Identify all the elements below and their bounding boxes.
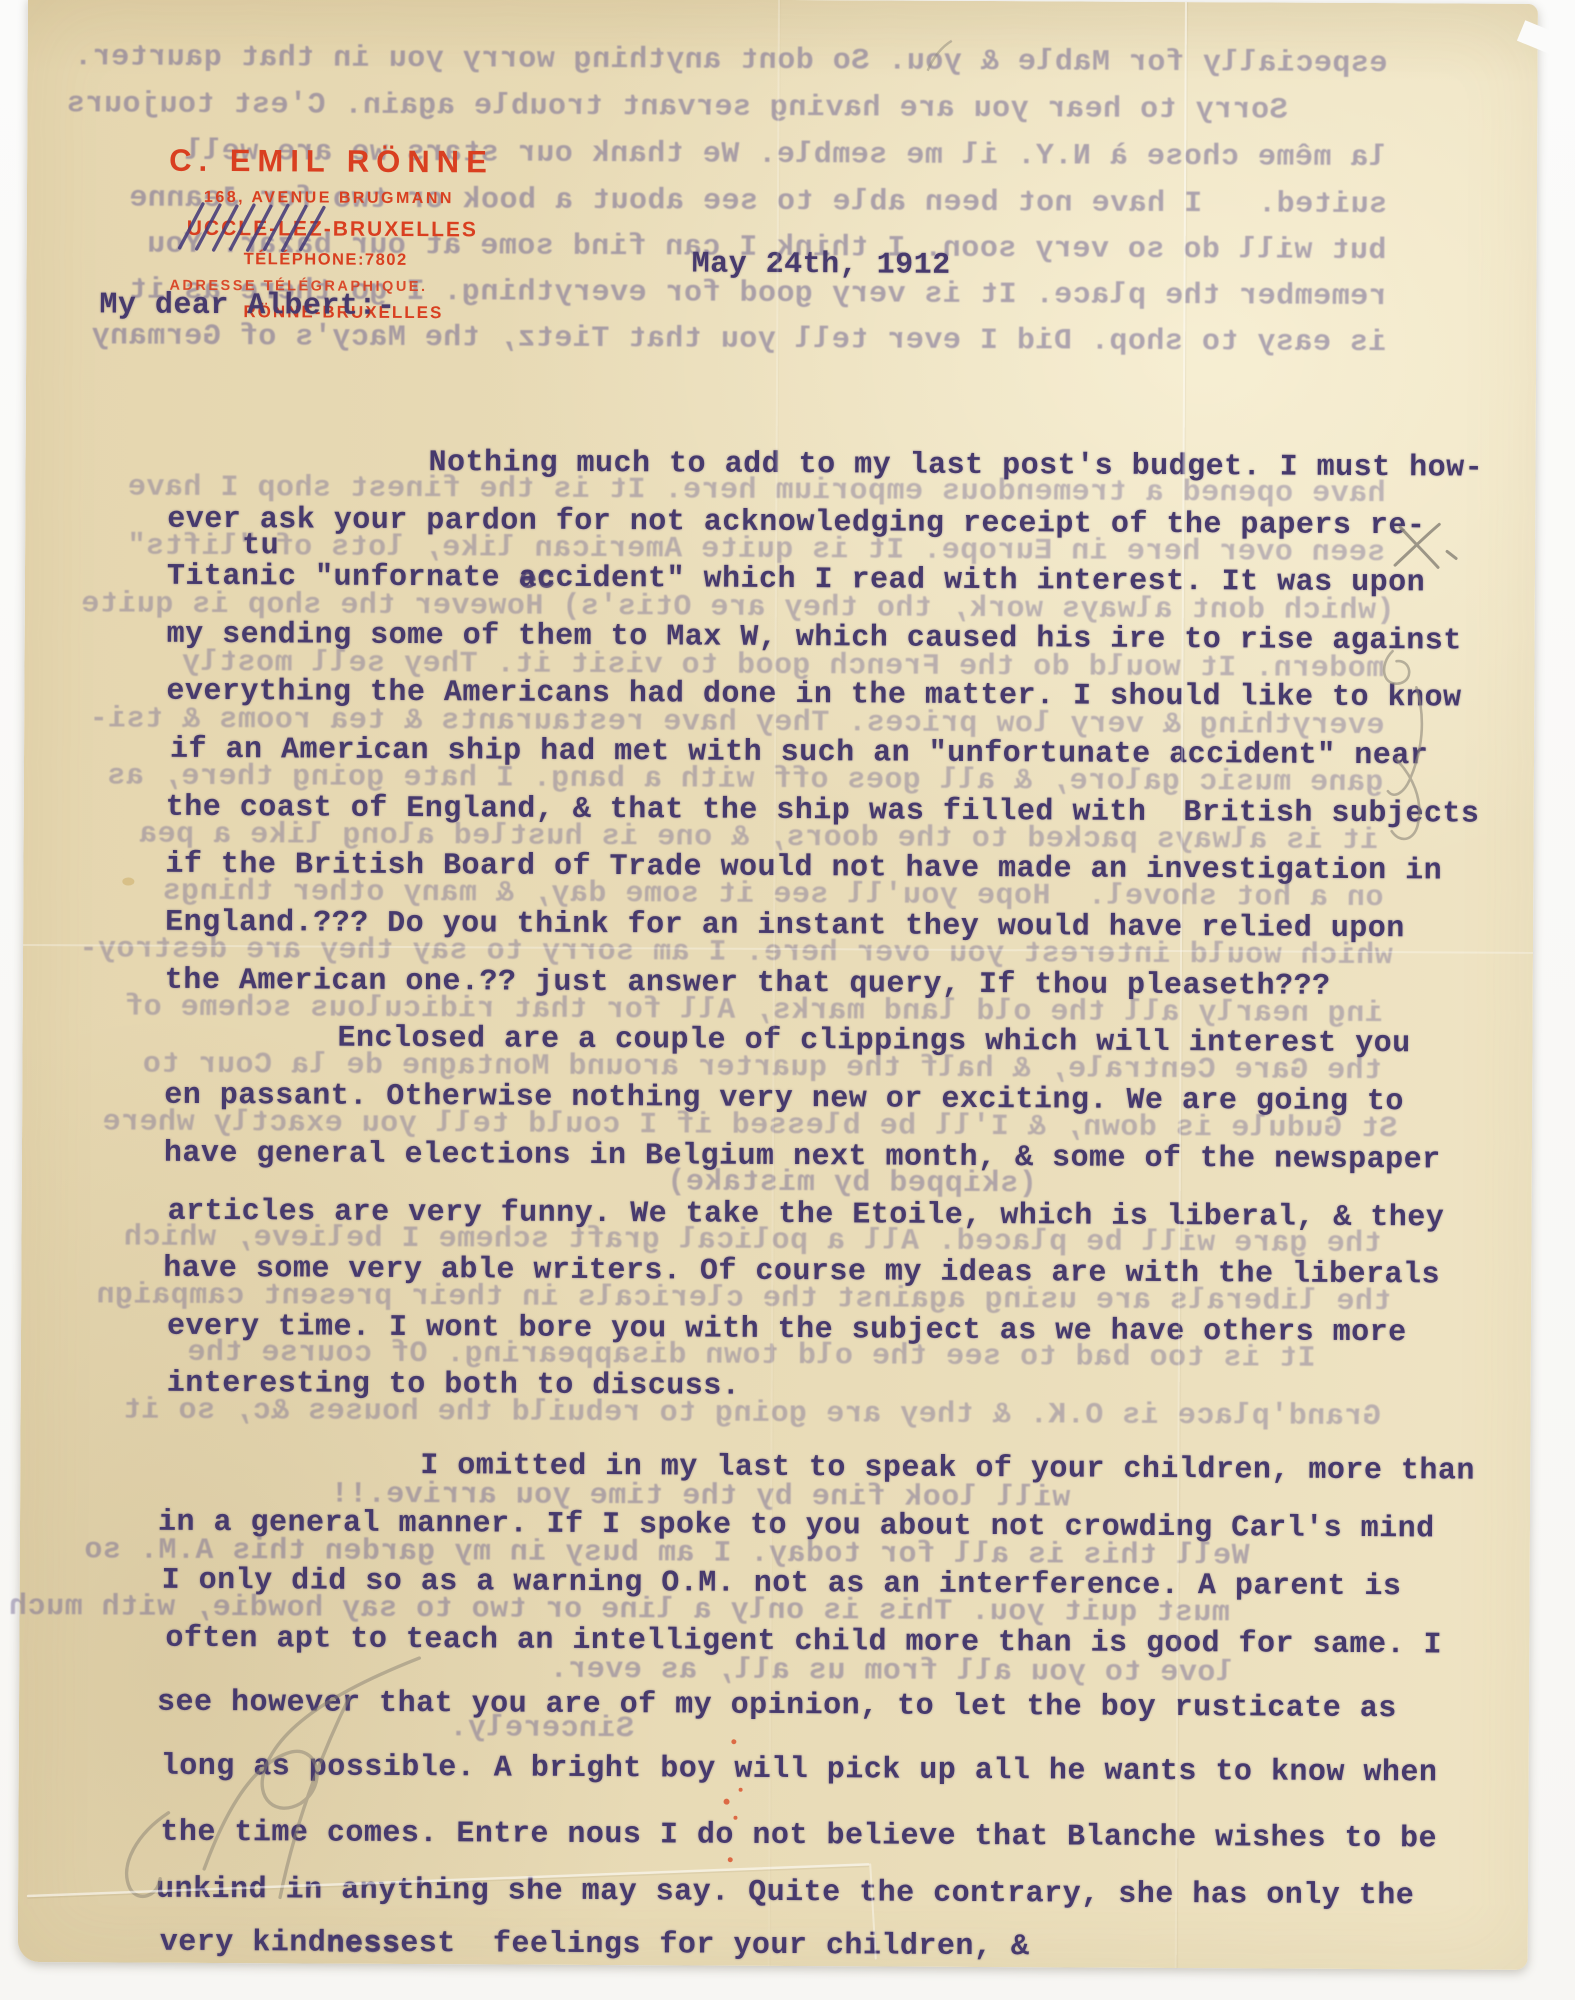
- scan-background: { "letterhead": { "name": "C. EMIL RÖNNE…: [0, 0, 1575, 2000]
- pen-strikethrough-city: [180, 204, 324, 251]
- pencil-x-mark: [1395, 524, 1456, 567]
- red-ink-specks: [723, 1739, 743, 1862]
- pencil-tick: [928, 41, 952, 71]
- pencil-scribble: [127, 1657, 420, 1899]
- paper-stain: [122, 878, 134, 886]
- pencil-margin-squiggles: [1383, 651, 1422, 839]
- fold-creases: [28, 1860, 876, 1958]
- letter-paper: especially for Mable & you. So dont anyt…: [18, 0, 1538, 1970]
